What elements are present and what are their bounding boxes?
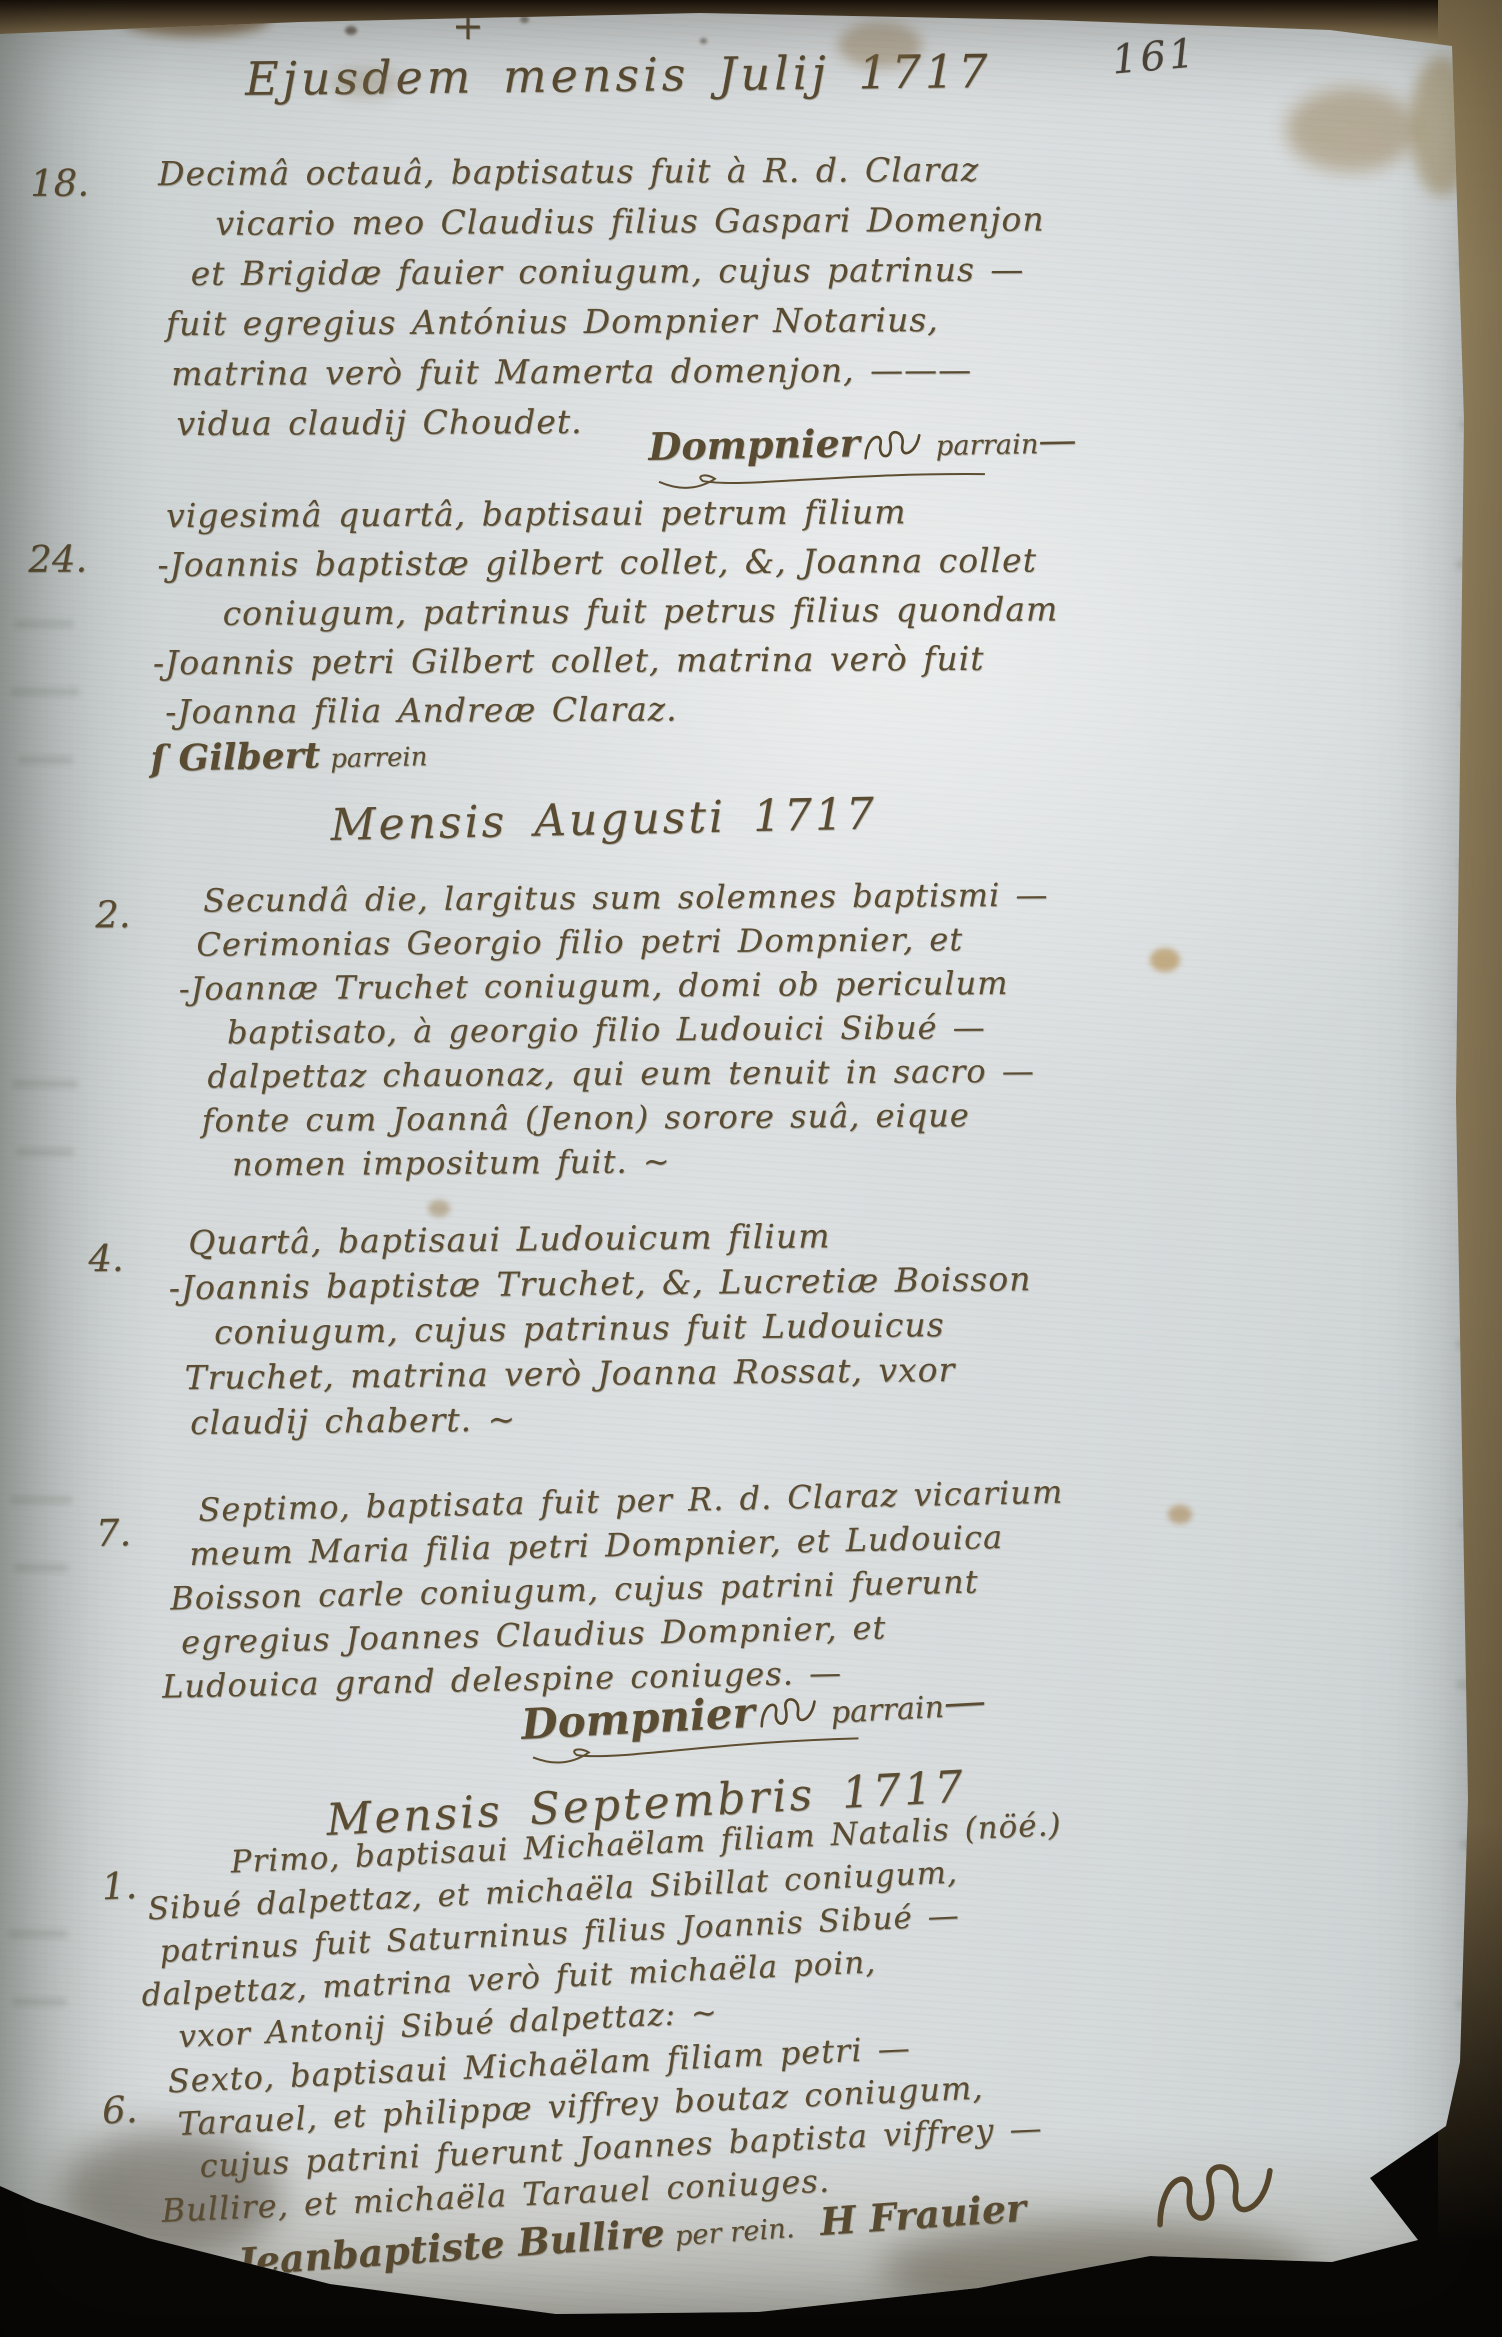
baptism-entry-7: 7.Septimo, baptisata fuit per R. d. Clar…	[0, 1461, 1502, 1712]
signature-role: per rein.	[674, 2213, 796, 2252]
signature-role: parrain	[830, 1690, 945, 1731]
aug-heading: Mensis Augusti 1717	[330, 789, 878, 851]
entry-line: vigesimâ quartâ, baptisaui petrum filium	[166, 484, 1502, 540]
signature-dash: —	[1038, 418, 1077, 463]
entry-line: coniugum, patrinus fuit petrus filius qu…	[223, 582, 1502, 638]
entry-line: -Joannis petri Gilbert collet, matrina v…	[153, 631, 1502, 687]
baptism-entry-18: 18.Decimâ octauâ, baptisatus fuit à R. d…	[0, 142, 1502, 450]
manuscript-page: + Ejusdem mensis Julij 1717 161 18.Decim…	[0, 0, 1502, 2337]
entry-line: vicario meo Claudius filius Gaspari Dome…	[215, 192, 1502, 249]
entry-line: -Joannis baptistæ gilbert collet, &, Joa…	[157, 533, 1502, 589]
sig-dompnier-1: Dompnierparrain—	[648, 417, 1077, 472]
signature-name: ſ Gilbert	[150, 734, 321, 780]
entry-line: -Joanna filia Andreæ Claraz.	[165, 680, 1502, 736]
signature-dash: —	[942, 1676, 987, 1727]
signature-name: Jeanbaptiste Bullire	[236, 2210, 666, 2285]
register-entries: 18.Decimâ octauâ, baptisatus fuit à R. d…	[0, 0, 1502, 2337]
sig-gilbert: ſ Gilbertparrein	[150, 732, 428, 780]
entry-day-number: 1.	[101, 1864, 138, 1909]
entry-day-number: 2.	[95, 893, 131, 936]
entry-day-number: 6.	[101, 2088, 138, 2133]
entry-day-number: 18.	[30, 162, 89, 205]
entry-text: Decimâ octauâ, baptisatus fuit à R. d. C…	[150, 142, 1502, 449]
baptism-entry-4: 4.Quartâ, baptisaui Ludouicum filium-Joa…	[0, 1206, 1502, 1447]
entry-line: nomen impositum fuit. ~	[232, 1134, 1502, 1187]
signature-extra: H Frauier	[818, 2184, 1027, 2243]
baptism-entry-2: 2.Secundâ die, largitus sum solemnes bap…	[0, 870, 1502, 1188]
entry-line: fuit egregius Antónius Dompnier Notarius…	[166, 292, 1502, 349]
entry-day-number: 4.	[88, 1237, 124, 1280]
entry-text: Quartâ, baptisaui Ludouicum filium-Joann…	[168, 1206, 1502, 1445]
entry-text: vigesimâ quartâ, baptisaui petrum filium…	[152, 484, 1502, 736]
baptism-entry-24: 24.vigesimâ quartâ, baptisaui petrum fil…	[0, 484, 1502, 737]
entry-day-number: 24.	[28, 538, 87, 581]
entry-text: Secundâ die, largitus sum solemnes bapti…	[178, 870, 1502, 1187]
signature-role: parrain	[936, 429, 1039, 462]
entry-line: et Brigidæ fauier coniugum, cujus patrin…	[191, 242, 1502, 299]
entry-line: Decimâ octauâ, baptisatus fuit à R. d. C…	[158, 142, 1502, 199]
signature-name: Dompnier	[648, 420, 860, 469]
entry-text: Septimo, baptisata fuit per R. d. Claraz…	[158, 1461, 1502, 1709]
paraph-flourish-icon	[1143, 2149, 1287, 2247]
paraph-flourish-icon	[859, 425, 926, 468]
manuscript-photo: + Ejusdem mensis Julij 1717 161 18.Decim…	[0, 0, 1502, 2337]
entry-line: matrina verò fuit Mamerta domenjon, ———	[171, 342, 1502, 399]
signature-role: parrein	[330, 742, 428, 774]
entry-day-number: 7.	[95, 1511, 131, 1555]
